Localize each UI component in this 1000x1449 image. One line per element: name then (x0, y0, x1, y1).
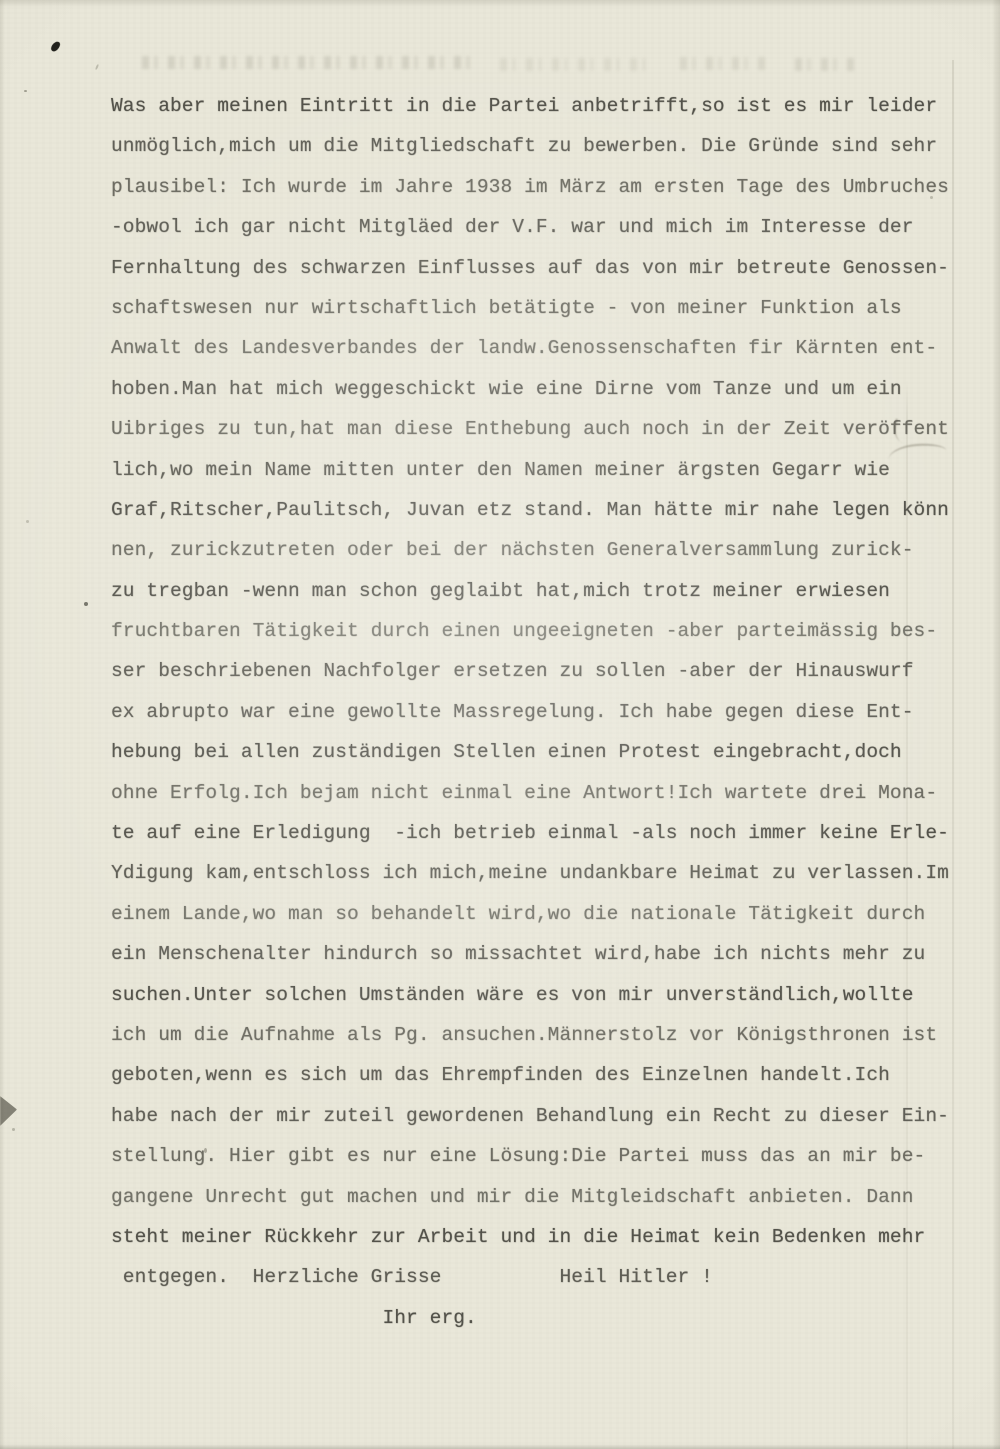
letter-line: Was aber meinen Eintritt in die Partei a… (111, 86, 991, 126)
paper-speck (930, 196, 933, 199)
letter-line: entgegen. Herzliche Grisse Heil Hitler ! (111, 1257, 991, 1297)
letter-line: ohne Erfolg.Ich bejam nicht einmal eine … (111, 773, 991, 813)
letter-line: ein Menschenalter hindurch so missachtet… (111, 934, 991, 974)
letter-line: unmöglich,mich um die Mitgliedschaft zu … (111, 126, 991, 166)
letter-line: schaftswesen nur wirtschaftlich betätigt… (111, 288, 991, 328)
paper-speck (204, 1148, 207, 1153)
letter-line: nen, zurickzutreten oder bei der nächste… (111, 530, 991, 570)
letter-line: hoben.Man hat mich weggeschickt wie eine… (111, 369, 991, 409)
letter-line: zu tregban -wenn man schon geglaibt hat,… (111, 571, 991, 611)
letter-line: Graf,Ritscher,Paulitsch, Juvan etz stand… (111, 490, 991, 530)
paper-speck (26, 520, 29, 523)
letter-line: Uibriges zu tun,hat man diese Enthebung … (111, 409, 991, 449)
letter-line: geboten,wenn es sich um das Ehrempfinden… (111, 1055, 991, 1095)
letter-line: suchen.Unter solchen Umständen wäre es v… (111, 975, 991, 1015)
paper-speck (24, 90, 27, 92)
letter-line: fruchtbaren Tätigkeit durch einen ungeei… (111, 611, 991, 651)
ghost-typewriter-smudge (142, 56, 472, 69)
letter-page: Was aber meinen Eintritt in die Partei a… (0, 0, 1000, 1449)
letter-line: Ydigung kam,entschloss ich mich,meine un… (111, 853, 991, 893)
letter-line: einem Lande,wo man so behandelt wird,wo … (111, 894, 991, 934)
letter-line: ser beschriebenen Nachfolger ersetzen zu… (111, 651, 991, 691)
letter-line: Ihr erg. (111, 1298, 991, 1338)
letter-line: Fernhaltung des schwarzen Einflusses auf… (111, 248, 991, 288)
letter-line: habe nach der mir zuteil gewordenen Beha… (111, 1096, 991, 1136)
letter-line: gangene Unrecht gut machen und mir die M… (111, 1177, 991, 1217)
letter-line: hebung bei allen zuständigen Stellen ein… (111, 732, 991, 772)
letter-line: Anwalt des Landesverbandes der landw.Gen… (111, 328, 991, 368)
ghost-typewriter-smudge (795, 58, 855, 71)
letter-line: -obwol ich gar nicht Mitgläed der V.F. w… (111, 207, 991, 247)
letter-line: ich um die Aufnahme als Pg. ansuchen.Män… (111, 1015, 991, 1055)
paper-speck (84, 602, 88, 606)
paper-speck (95, 64, 99, 70)
paper-speck (12, 1128, 15, 1131)
letter-line: ex abrupto war eine gewollte Massregelun… (111, 692, 991, 732)
letter-line: stellung. Hier gibt es nur eine Lösung:D… (111, 1136, 991, 1176)
ghost-typewriter-smudge (500, 58, 650, 71)
letter-line: te auf eine Erledigung -ich betrieb einm… (111, 813, 991, 853)
ink-blot-mark (50, 40, 62, 53)
left-edge-tear-mark (0, 1096, 17, 1126)
ghost-typewriter-smudge (680, 57, 770, 70)
letter-line: lich,wo mein Name mitten unter den Namen… (111, 450, 991, 490)
letter-line: steht meiner Rückkehr zur Arbeit und in … (111, 1217, 991, 1257)
letter-line: plausibel: Ich wurde im Jahre 1938 im Mä… (111, 167, 991, 207)
letter-body: Was aber meinen Eintritt in die Partei a… (111, 86, 991, 1338)
